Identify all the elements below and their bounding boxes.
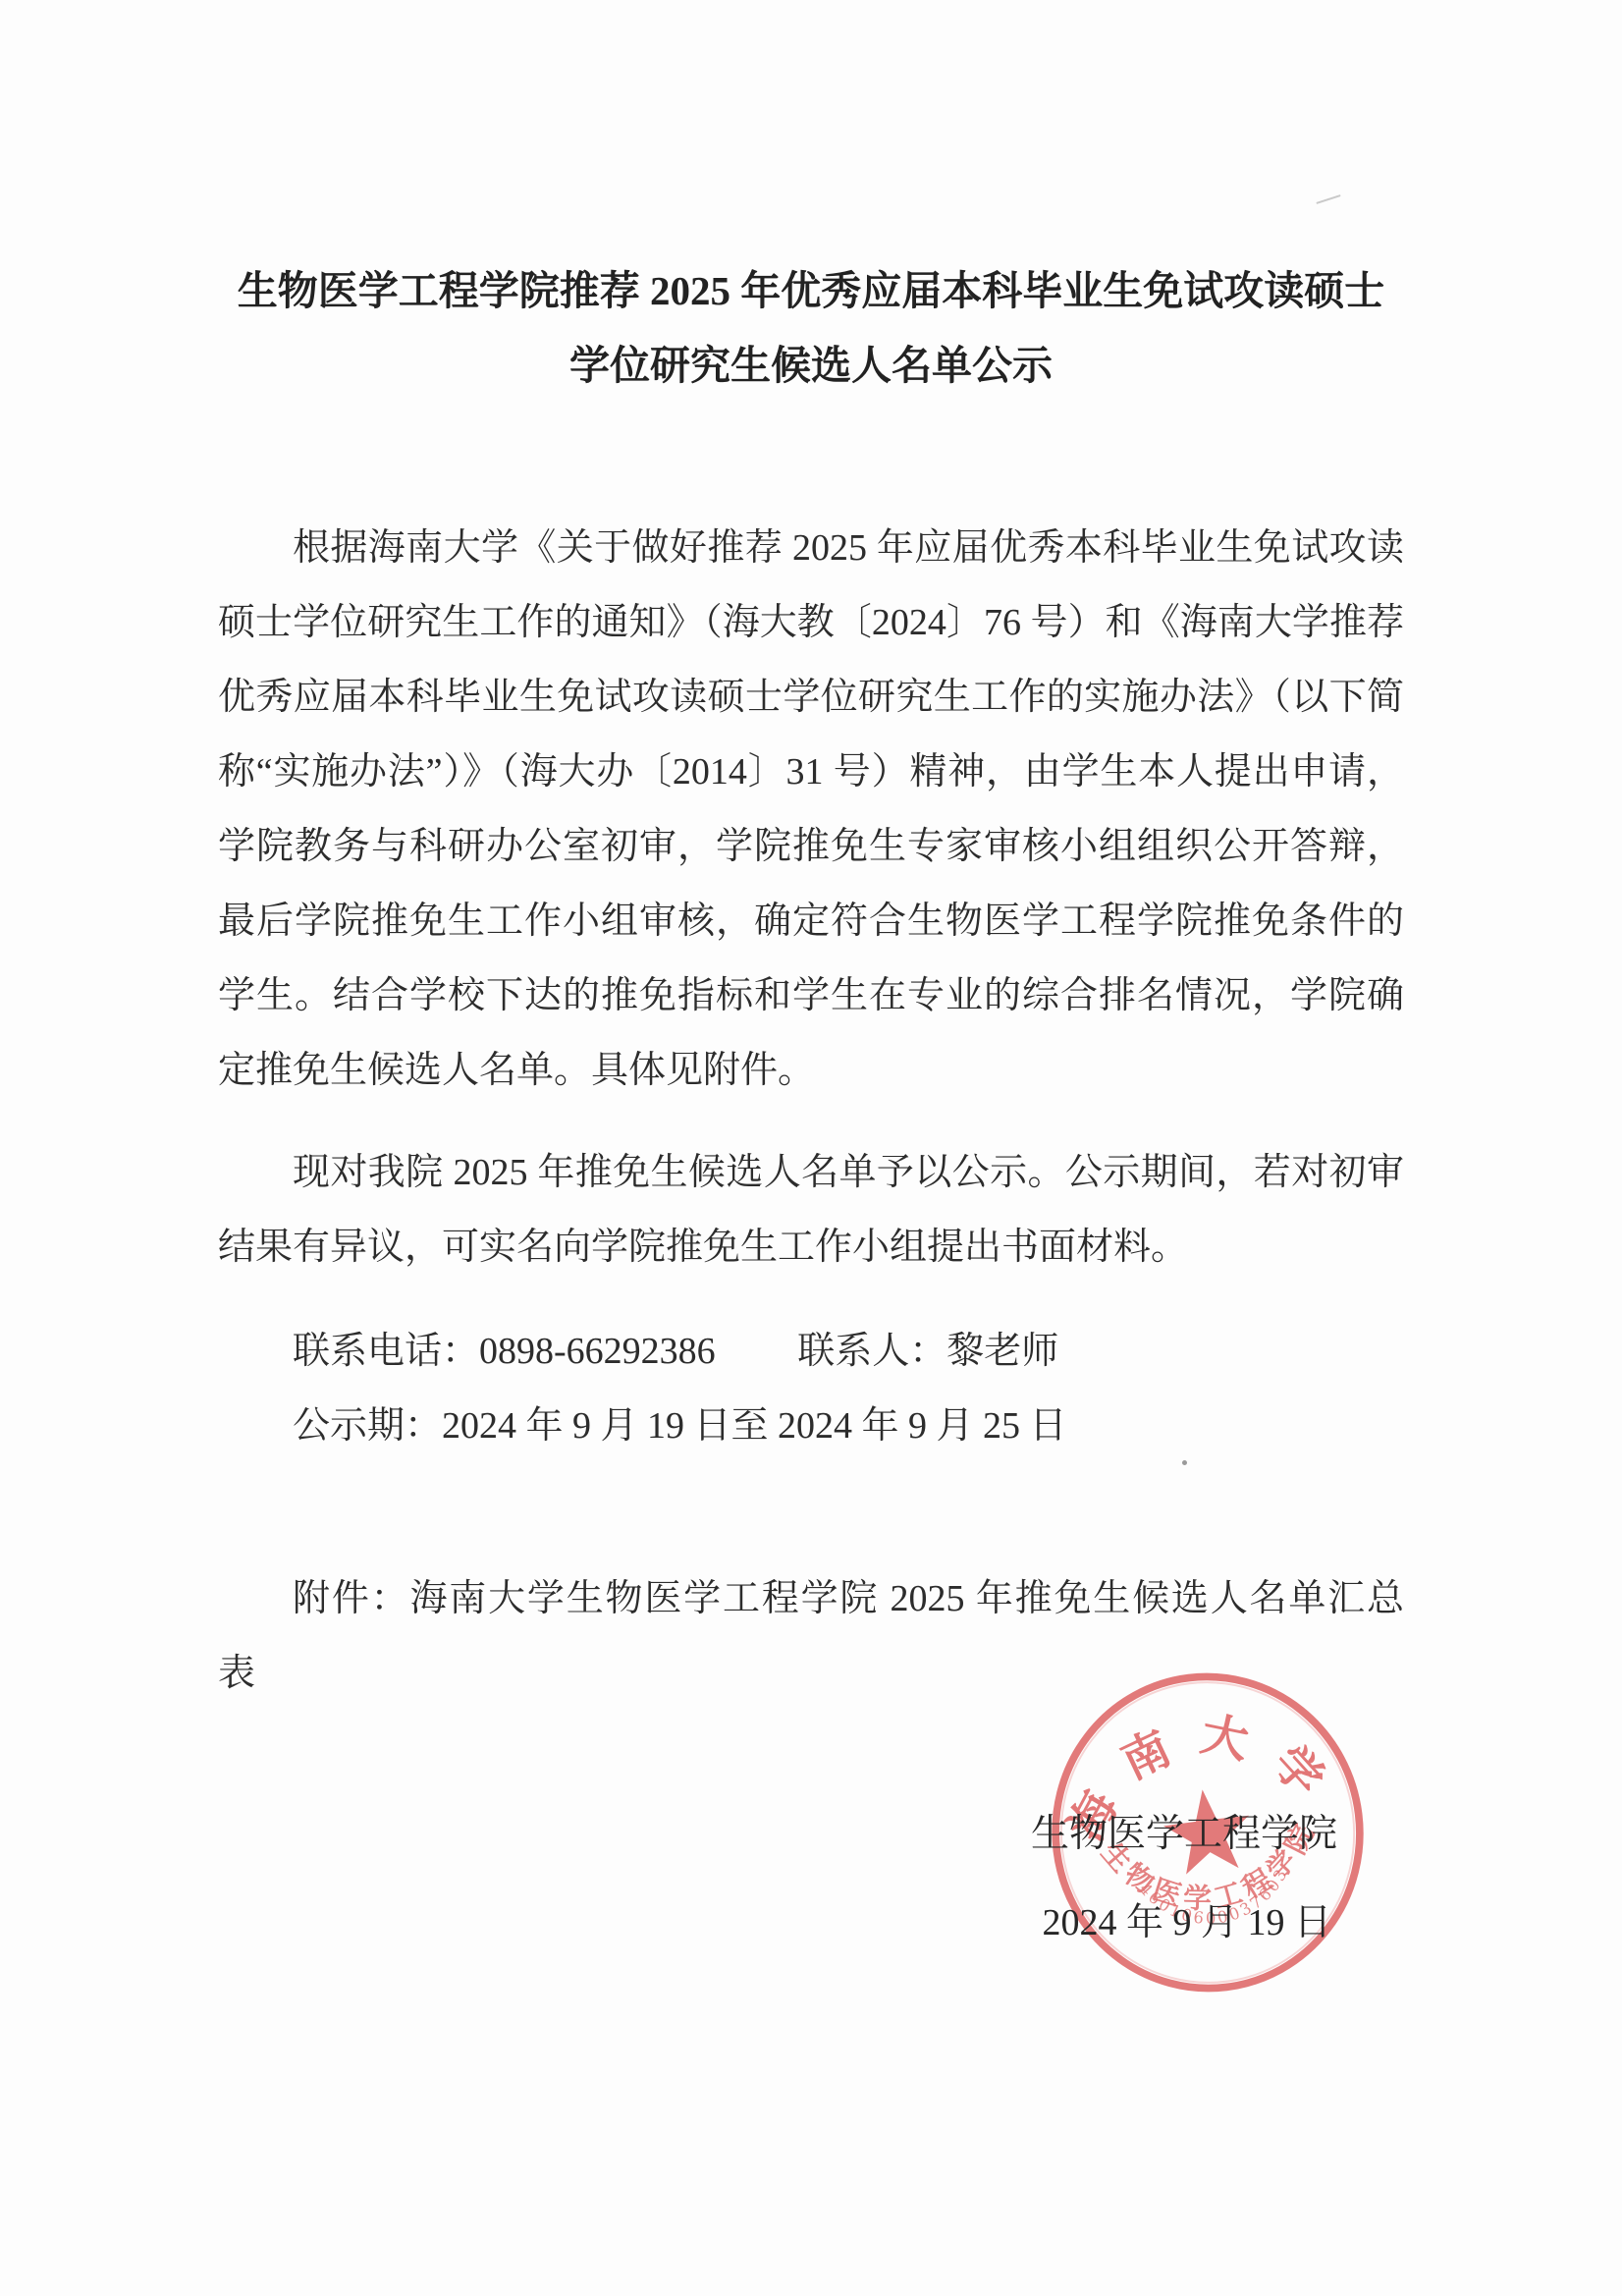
scan-speck (1182, 1460, 1187, 1465)
document-title: 生物医学工程学院推荐 2025 年优秀应届本科毕业生免试攻读硕士 学位研究生候选… (108, 253, 1514, 403)
contact-phone: 联系电话：0898-66292386 (293, 1331, 716, 1372)
publicity-period: 公示期：2024 年 9 月 19 日至 2024 年 9 月 25 日 (218, 1389, 1404, 1463)
title-line-1: 生物医学工程学院推荐 2025 年优秀应届本科毕业生免试攻读硕士 (108, 253, 1514, 328)
signature-date: 2024 年 9 月 19 日 (1042, 1891, 1331, 1945)
paper-background: 生物医学工程学院推荐 2025 年优秀应届本科毕业生免试攻读硕士 学位研究生候选… (0, 0, 1622, 2296)
document-page: { "document": { "title_line1": "生物医学工程学院… (0, 0, 1622, 2296)
contact-person: 联系人：黎老师 (797, 1331, 1058, 1372)
paragraph-publicity: 现对我院 2025 年推免生候选人名单予以公示。公示期间，若对初审结果有异议，可… (218, 1135, 1404, 1285)
document-body: 根据海南大学《关于做好推荐 2025 年应届优秀本科毕业生免试攻读硕士学位研究生… (218, 511, 1404, 1711)
scan-scratch-mark (1316, 194, 1340, 204)
paragraph-basis: 根据海南大学《关于做好推荐 2025 年应届优秀本科毕业生免试攻读硕士学位研究生… (218, 511, 1404, 1108)
title-line-2: 学位研究生候选人名单公示 (108, 328, 1514, 403)
attachment-line-1: 附件：海南大学生物医学工程学院 2025 年推免生候选人名单汇总 (218, 1561, 1404, 1636)
signature-college-name: 生物医学工程学院 (1031, 1803, 1337, 1858)
contact-line: 联系电话：0898-66292386联系人：黎老师 (218, 1314, 1404, 1389)
